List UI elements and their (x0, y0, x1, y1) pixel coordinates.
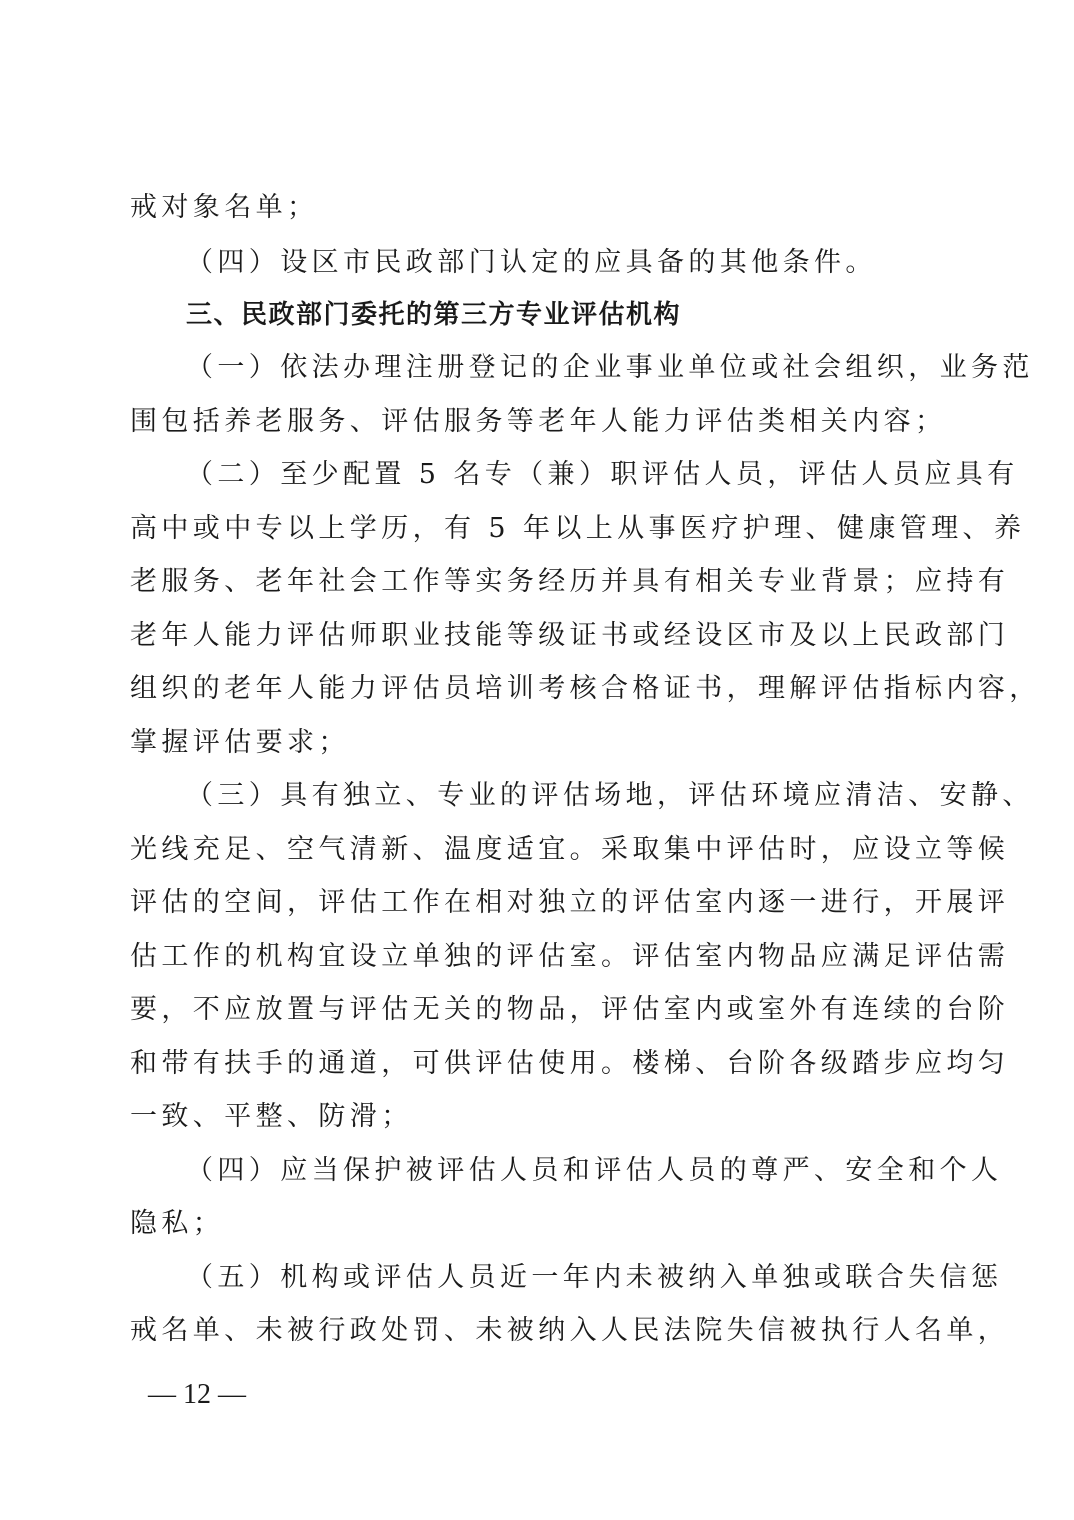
text-line: 评估的空间，评估工作在相对独立的评估室内逐一进行，开展评 (130, 885, 946, 921)
text-line: 围包括养老服务、评估服务等老年人能力评估类相关内容； (130, 404, 946, 440)
text-line: 要，不应放置与评估无关的物品，评估室内或室外有连续的台阶 (130, 992, 946, 1028)
text-line: 一致、平整、防滑； (130, 1099, 946, 1135)
text-line: 掌握评估要求； (130, 725, 946, 761)
text-line: （二）至少配置 5 名专（兼）职评估人员，评估人员应具有 (186, 457, 946, 493)
page-number: — 12 — (148, 1378, 246, 1412)
text-line: 组织的老年人能力评估员培训考核合格证书，理解评估指标内容， (130, 671, 946, 707)
text-line: （四）设区市民政部门认定的应具备的其他条件。 (186, 245, 946, 281)
section-heading: 三、民政部门委托的第三方专业评估机构 (186, 297, 946, 333)
document-page: 戒对象名单； （四）设区市民政部门认定的应具备的其他条件。 三、民政部门委托的第… (0, 0, 1074, 1520)
text-line: 高中或中专以上学历，有 5 年以上从事医疗护理、健康管理、养 (130, 511, 946, 547)
text-line: 和带有扶手的通道，可供评估使用。楼梯、台阶各级踏步应均匀 (130, 1046, 946, 1082)
text-line: 戒名单、未被行政处罚、未被纳入人民法院失信被执行人名单， (130, 1313, 946, 1349)
text-line: （五）机构或评估人员近一年内未被纳入单独或联合失信惩 (186, 1260, 946, 1296)
text-line: 估工作的机构宜设立单独的评估室。评估室内物品应满足评估需 (130, 939, 946, 975)
text-line: 光线充足、空气清新、温度适宜。采取集中评估时，应设立等候 (130, 832, 946, 868)
text-line: （四）应当保护被评估人员和评估人员的尊严、安全和个人 (186, 1153, 946, 1189)
text-line: 戒对象名单； (130, 190, 946, 226)
text-line: （三）具有独立、专业的评估场地，评估环境应清洁、安静、 (186, 778, 946, 814)
text-line: 隐私； (130, 1206, 946, 1242)
text-line: （一）依法办理注册登记的企业事业单位或社会组织，业务范 (186, 350, 946, 386)
text-line: 老年人能力评估师职业技能等级证书或经设区市及以上民政部门 (130, 618, 946, 654)
text-line: 老服务、老年社会工作等实务经历并具有相关专业背景；应持有 (130, 564, 946, 600)
